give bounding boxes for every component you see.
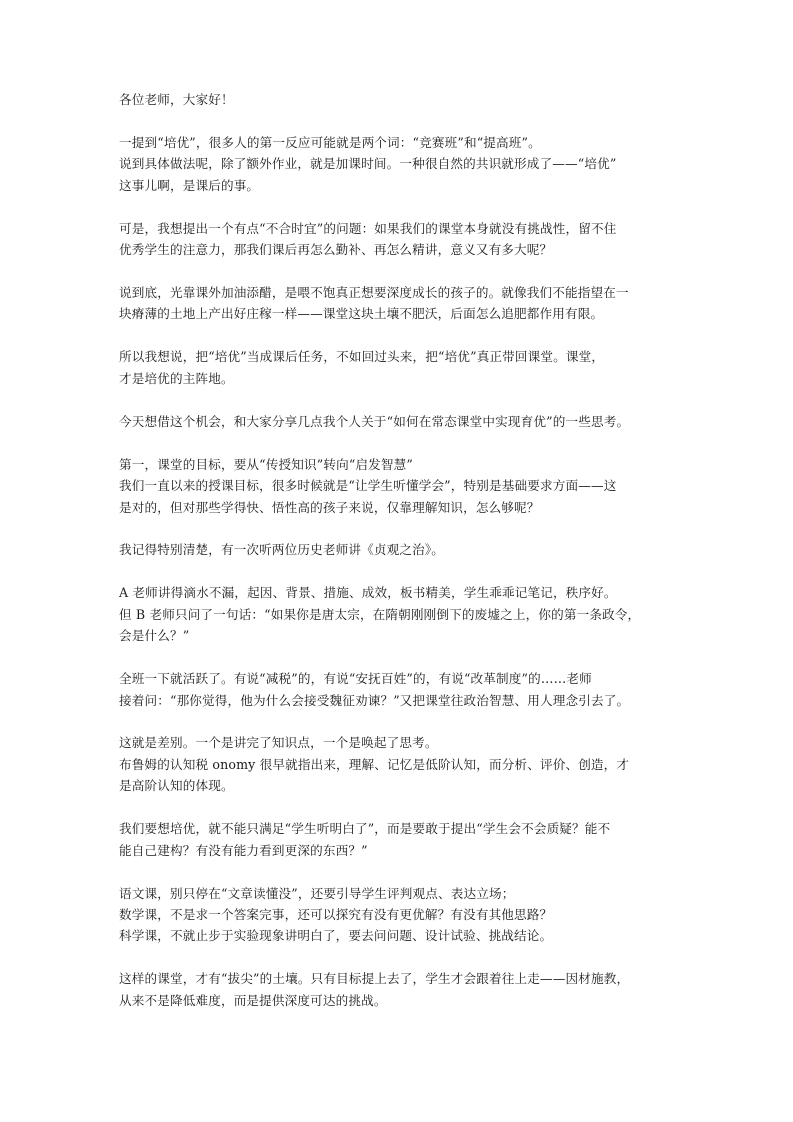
text-line: 优秀学生的注意力，那我们课后再怎么勤补、再怎么精讲，意义又有多大呢？ — [119, 239, 681, 260]
paragraph: A 老师讲得滴水不漏，起因、背景、措施、成效，板书精美，学生乖乖记笔记，秩序好。… — [119, 582, 681, 646]
document-page: 各位老师，大家好！一提到“培优”，很多人的第一反应可能就是两个词：“竞赛班”和“… — [119, 89, 681, 1033]
text-line: 我们要想培优，就不能只满足“学生听明白了”，而是要敢于提出“学生会不会质疑？能不 — [119, 818, 681, 839]
text-line: 是高阶认知的体现。 — [119, 775, 681, 796]
paragraph: 所以我想说，把“培优”当成课后任务，不如回过头来，把“培优”真正带回课堂。课堂，… — [119, 346, 681, 389]
paragraph: 我们要想培优，就不能只满足“学生听明白了”，而是要敢于提出“学生会不会质疑？能不… — [119, 818, 681, 861]
paragraph: 第一，课堂的目标，要从“传授知识”转向“启发智慧”我们一直以来的授课目标，很多时… — [119, 454, 681, 518]
text-line: 这就是差别。一个是讲完了知识点，一个是唤起了思考。 — [119, 732, 681, 753]
text-line: 语文课，别只停在“文章读懂没”，还要引导学生评判观点、表达立场； — [119, 883, 681, 904]
text-line: 能自己建构？有没有能力看到更深的东西？” — [119, 840, 681, 861]
text-line: 全班一下就活跃了。有说“减税”的，有说“安抚百姓”的，有说“改革制度”的……老师 — [119, 668, 681, 689]
text-line: 说到具体做法呢，除了额外作业，就是加课时间。一种很自然的共识就形成了——“培优” — [119, 153, 681, 174]
text-line: 是对的，但对那些学得快、悟性高的孩子来说，仅靠理解知识，怎么够呢？ — [119, 497, 681, 518]
paragraph: 说到底，光靠课外加油添醋，是喂不饱真正想要深度成长的孩子的。就像我们不能指望在一… — [119, 282, 681, 325]
text-line: 才是培优的主阵地。 — [119, 368, 681, 389]
text-line: 我记得特别清楚，有一次听两位历史老师讲《贞观之治》。 — [119, 539, 681, 560]
paragraph: 全班一下就活跃了。有说“减税”的，有说“安抚百姓”的，有说“改革制度”的……老师… — [119, 668, 681, 711]
text-line: 块瘠薄的土地上产出好庄稼一样——课堂这块土壤不肥沃，后面怎么追肥都作用有限。 — [119, 303, 681, 324]
paragraph: 一提到“培优”，很多人的第一反应可能就是两个词：“竞赛班”和“提高班”。说到具体… — [119, 132, 681, 196]
paragraph: 各位老师，大家好！ — [119, 89, 681, 110]
text-line: 可是，我想提出一个有点“不合时宜”的问题：如果我们的课堂本身就没有挑战性，留不住 — [119, 218, 681, 239]
text-line: 今天想借这个机会，和大家分享几点我个人关于“如何在常态课堂中实现育优”的一些思考… — [119, 411, 681, 432]
text-line: 接着问：“那你觉得，他为什么会接受魏征劝谏？”又把课堂往政治智慧、用人理念引去了… — [119, 690, 681, 711]
text-line: 我们一直以来的授课目标，很多时候就是“让学生听懂学会”，特别是基础要求方面——这 — [119, 475, 681, 496]
text-line: 科学课，不就止步于实验现象讲明白了，要去问问题、设计试验、挑战结论。 — [119, 925, 681, 946]
text-line: 各位老师，大家好！ — [119, 89, 681, 110]
text-line: 说到底，光靠课外加油添醋，是喂不饱真正想要深度成长的孩子的。就像我们不能指望在一 — [119, 282, 681, 303]
text-line: 布鲁姆的认知税 onomy 很早就指出来，理解、记忆是低阶认知，而分析、评价、创… — [119, 754, 681, 775]
text-line: 这事儿啊，是课后的事。 — [119, 175, 681, 196]
text-line: 这样的课堂，才有“拔尖”的土壤。只有目标提上去了，学生才会跟着往上走——因材施教… — [119, 968, 681, 989]
paragraph: 可是，我想提出一个有点“不合时宜”的问题：如果我们的课堂本身就没有挑战性，留不住… — [119, 218, 681, 261]
paragraph: 这就是差别。一个是讲完了知识点，一个是唤起了思考。布鲁姆的认知税 onomy 很… — [119, 732, 681, 796]
text-line: 从来不是降低难度，而是提供深度可达的挑战。 — [119, 990, 681, 1011]
text-line: 第一，课堂的目标，要从“传授知识”转向“启发智慧” — [119, 454, 681, 475]
paragraph: 今天想借这个机会，和大家分享几点我个人关于“如何在常态课堂中实现育优”的一些思考… — [119, 411, 681, 432]
text-line: 所以我想说，把“培优”当成课后任务，不如回过头来，把“培优”真正带回课堂。课堂， — [119, 346, 681, 367]
text-line: 会是什么？” — [119, 625, 681, 646]
text-line: 但 B 老师只问了一句话：“如果你是唐太宗，在隋朝刚刚倒下的废墟之上，你的第一条… — [119, 604, 681, 625]
paragraph: 这样的课堂，才有“拔尖”的土壤。只有目标提上去了，学生才会跟着往上走——因材施教… — [119, 968, 681, 1011]
paragraph: 我记得特别清楚，有一次听两位历史老师讲《贞观之治》。 — [119, 539, 681, 560]
text-line: 一提到“培优”，很多人的第一反应可能就是两个词：“竞赛班”和“提高班”。 — [119, 132, 681, 153]
text-line: 数学课，不是求一个答案完事，还可以探究有没有更优解？有没有其他思路？ — [119, 904, 681, 925]
paragraph: 语文课，别只停在“文章读懂没”，还要引导学生评判观点、表达立场；数学课，不是求一… — [119, 883, 681, 947]
text-line: A 老师讲得滴水不漏，起因、背景、措施、成效，板书精美，学生乖乖记笔记，秩序好。 — [119, 582, 681, 603]
